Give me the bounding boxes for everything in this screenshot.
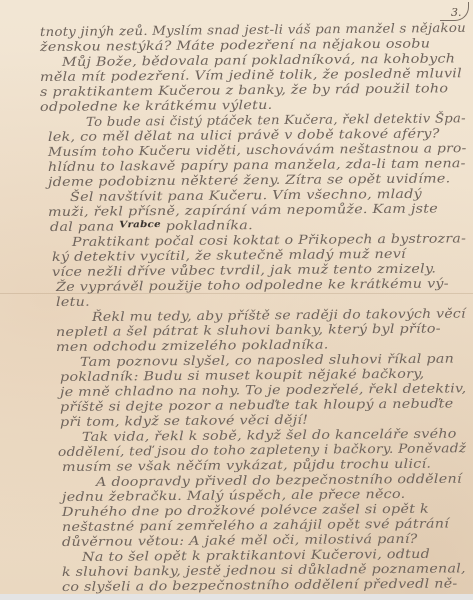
page-number: 3.: [451, 6, 462, 19]
manuscript-line: nepletl a šel pátrat k sluhovi banky, kt…: [56, 320, 441, 339]
manuscript-line: muži, řekl přísně, zapírání vám nepomůže…: [48, 200, 438, 219]
manuscript-line: Že vyprávěl použije toho odpoledne ke kr…: [56, 275, 449, 294]
manuscript-line: letu.: [56, 294, 90, 309]
manuscript-line: co slyšeli a do bezpečnostního oddělení …: [62, 575, 458, 594]
scan-edge: [0, 594, 473, 600]
manuscript-line: odpoledne ke krátkému výletu.: [40, 97, 273, 114]
overwritten-word: Vrabce: [119, 220, 161, 230]
manuscript-line: dal pana Vrabce pokladníka.: [50, 217, 253, 234]
manuscript-page: 3. tnoty jinýh zeů. Myslím snad jest-li …: [0, 0, 473, 600]
